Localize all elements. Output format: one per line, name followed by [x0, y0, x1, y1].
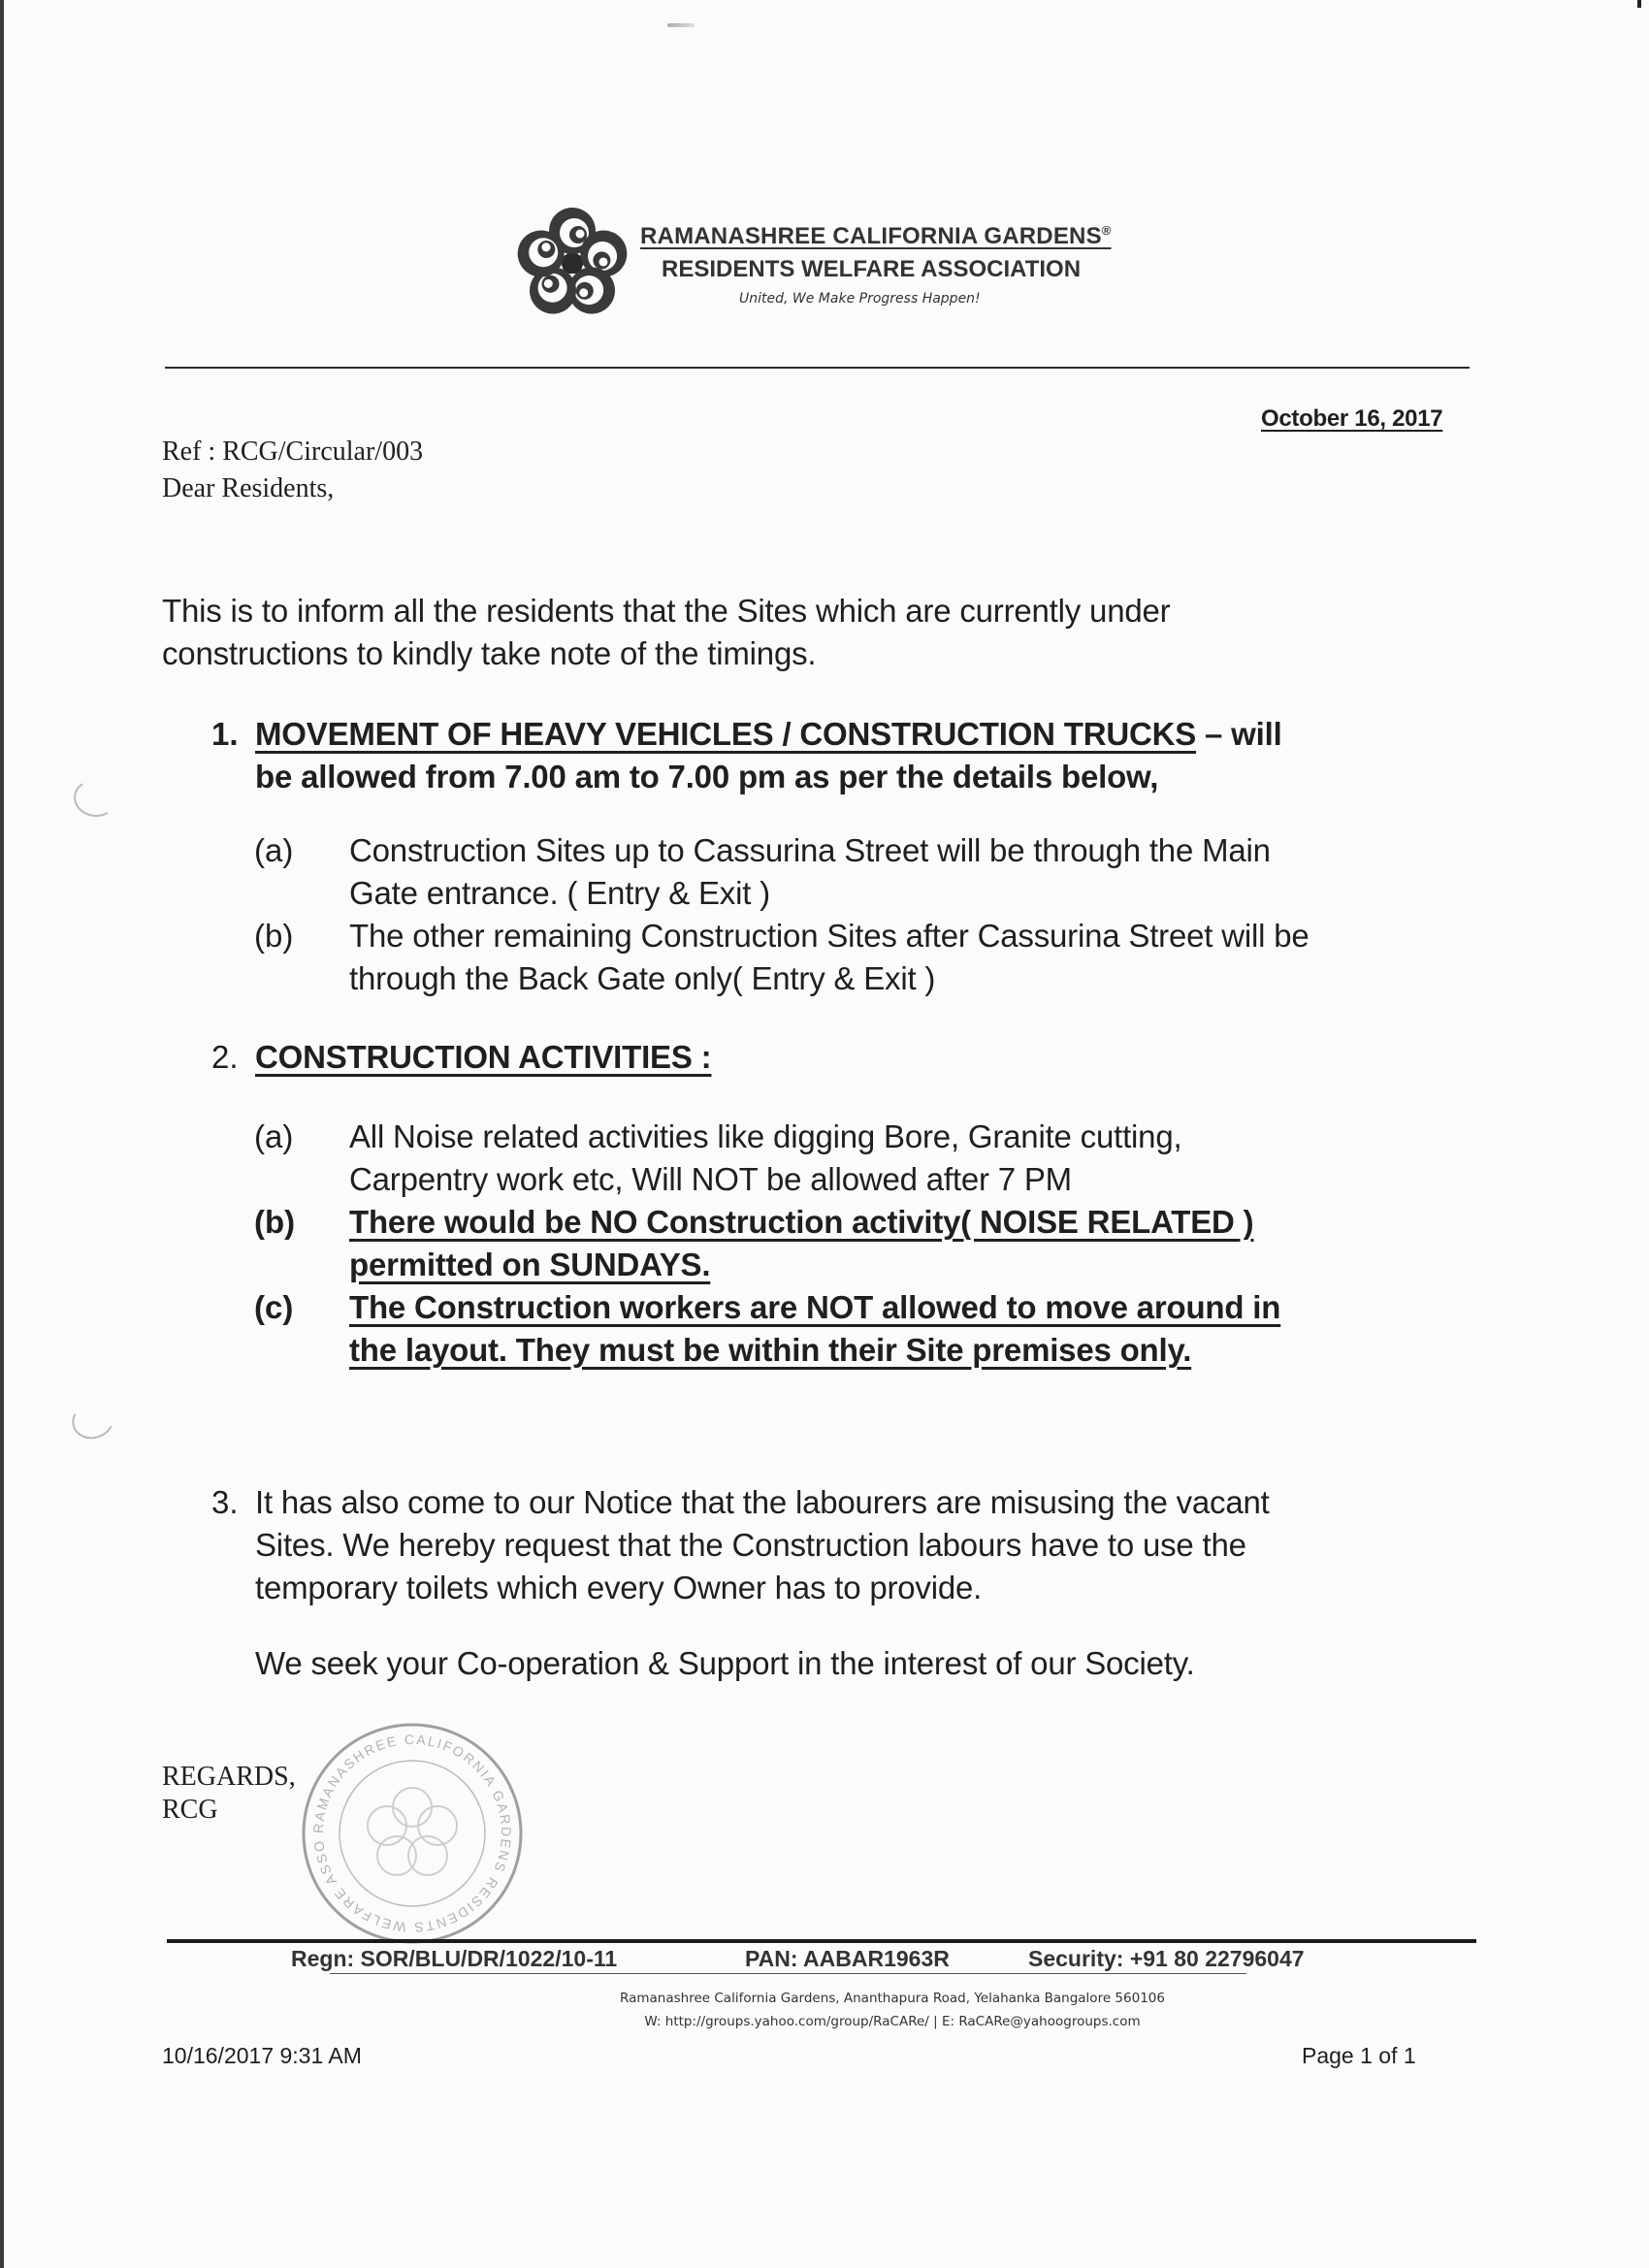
subitem-text: There would be NO Construction activity(…: [349, 1201, 1253, 1286]
subitem-label: (a): [254, 1116, 293, 1158]
footer-divider: [167, 1939, 1476, 1943]
scan-artifact: [1637, 0, 1641, 8]
subitem-text: The Construction workers are NOT allowed…: [349, 1286, 1280, 1372]
subitem-text: The other remaining Construction Sites a…: [349, 915, 1309, 1000]
subitem-line: Carpentry work etc, Will NOT be allowed …: [349, 1158, 1181, 1201]
subitem-label: (b): [254, 915, 293, 957]
footer-registration: Regn: SOR/BLU/DR/1022/10-11PAN: AABAR196…: [291, 1946, 1305, 1972]
subitem-line: There would be NO Construction activity(…: [349, 1204, 1253, 1240]
swirl-flower-logo-icon: [514, 206, 630, 322]
subitem-line: All Noise related activities like diggin…: [349, 1116, 1181, 1158]
item-1-title: MOVEMENT OF HEAVY VEHICLES / CONSTRUCTIO…: [255, 716, 1196, 752]
scan-artifact: [667, 23, 695, 27]
item-2-title: CONSTRUCTION ACTIVITIES :: [255, 1039, 711, 1075]
security-phone: Security: +91 80 22796047: [1028, 1946, 1305, 1972]
punch-hole-mark: [67, 1396, 119, 1445]
item-number: 3.: [211, 1481, 239, 1524]
item-2-heading: CONSTRUCTION ACTIVITIES :: [255, 1036, 711, 1079]
item-number: 2.: [211, 1036, 239, 1079]
subitem-label: (c): [254, 1286, 293, 1329]
footer-underline: [330, 1973, 1246, 1974]
closing-line: We seek your Co-operation & Support in t…: [255, 1642, 1195, 1685]
association-seal-stamp-icon: RAMANASHREE CALIFORNIA GARDENS RESIDENTS…: [291, 1712, 533, 1955]
registration-number: Regn: SOR/BLU/DR/1022/10-11: [291, 1946, 745, 1972]
signature-block: REGARDS, RCG: [162, 1761, 296, 1827]
subitem-line: permitted on SUNDAYS.: [349, 1247, 710, 1282]
punch-hole-mark: [71, 776, 119, 820]
footer-address: Ramanashree California Gardens, Ananthap…: [0, 1991, 1649, 2006]
intro-line: This is to inform all the residents that…: [162, 590, 1170, 632]
subitem-line: Construction Sites up to Cassurina Stree…: [349, 829, 1271, 872]
org-subtitle: RESIDENTS WELFARE ASSOCIATION: [662, 256, 1081, 283]
intro-paragraph: This is to inform all the residents that…: [162, 590, 1170, 675]
intro-line: constructions to kindly take note of the…: [162, 632, 1170, 675]
footer-contact: W: http://groups.yahoo.com/group/RaCARe/…: [0, 2014, 1649, 2029]
item-3-paragraph: It has also come to our Notice that the …: [255, 1481, 1270, 1609]
letter-date: October 16, 2017: [1261, 405, 1442, 433]
subitem-line: The Construction workers are NOT allowed…: [349, 1289, 1280, 1325]
salutation: Dear Residents,: [162, 473, 334, 504]
subitem-text: Construction Sites up to Cassurina Stree…: [349, 829, 1271, 915]
item-1-heading: MOVEMENT OF HEAVY VEHICLES / CONSTRUCTIO…: [255, 713, 1282, 798]
regards-text: REGARDS,: [162, 1761, 296, 1794]
page-number: Page 1 of 1: [1302, 2043, 1416, 2069]
item-number: 1.: [211, 713, 239, 756]
subitem-line: Gate entrance. ( Entry & Exit ): [349, 872, 1271, 915]
subitem-line: through the Back Gate only( Entry & Exit…: [349, 957, 1309, 1000]
item-1-line: be allowed from 7.00 am to 7.00 pm as pe…: [255, 756, 1282, 798]
reference-number: Ref : RCG/Circular/003: [162, 437, 423, 468]
subitem-label: (b): [254, 1201, 295, 1244]
signer-name: RCG: [162, 1794, 296, 1827]
subitem-line: The other remaining Construction Sites a…: [349, 915, 1309, 957]
org-name: RAMANASHREE CALIFORNIA GARDENS®: [640, 223, 1112, 250]
letterhead: RAMANASHREE CALIFORNIA GARDENS® RESIDENT…: [514, 206, 1174, 332]
print-timestamp: 10/16/2017 9:31 AM: [162, 2043, 362, 2069]
item-3-line: Sites. We hereby request that the Constr…: [255, 1524, 1270, 1567]
item-3-line: temporary toilets which every Owner has …: [255, 1567, 1270, 1609]
header-divider: [165, 367, 1470, 369]
item-1-title-suffix: – will: [1196, 716, 1281, 752]
scan-border: [0, 0, 4, 2268]
subitem-label: (a): [254, 829, 293, 872]
subitem-text: All Noise related activities like diggin…: [349, 1116, 1181, 1201]
pan-number: PAN: AABAR1963R: [745, 1946, 1028, 1972]
subitem-line: the layout. They must be within their Si…: [349, 1332, 1191, 1368]
org-tagline: United, We Make Progress Happen!: [739, 291, 981, 307]
item-3-line: It has also come to our Notice that the …: [255, 1481, 1270, 1524]
